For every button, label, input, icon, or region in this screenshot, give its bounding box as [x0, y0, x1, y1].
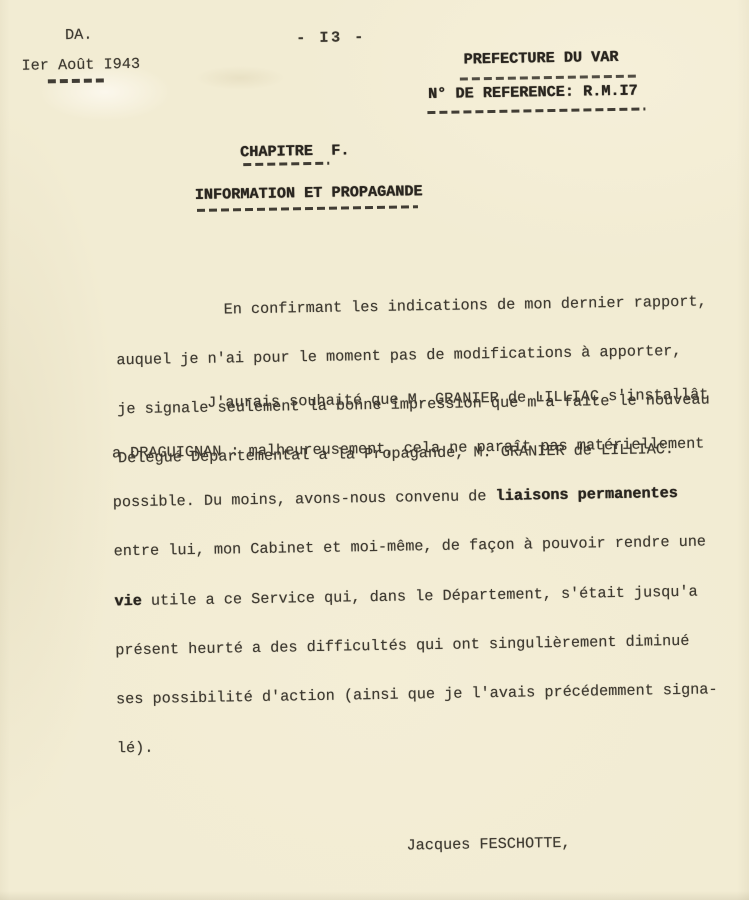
paragraph-line: ses possibilité d'action (ainsi que je l… [116, 681, 749, 708]
typist-initials: DA. [65, 27, 93, 44]
reference-underline-dashes [427, 107, 645, 114]
section-title: INFORMATION ET PROPAGANDE [195, 183, 423, 203]
emphasized-text: liaisons permanentes [495, 484, 678, 505]
document-page: DA. Ier Août I943 - I3 - PREFECTURE DU V… [0, 0, 749, 900]
document-date: Ier Août I943 [21, 56, 140, 74]
date-underline-dashes [48, 78, 106, 83]
chapter-underline-dashes [243, 162, 329, 166]
organization-name: PREFECTURE DU VAR [463, 49, 618, 68]
paragraph-line: vie utile a ce Service qui, dans le Dépa… [114, 582, 749, 609]
typed-content-layer: DA. Ier Août I943 - I3 - PREFECTURE DU V… [0, 0, 749, 900]
paragraph-2: J'aurais souhaité que M. GRANIER de LILL… [111, 353, 749, 790]
paragraph-line: J'aurais souhaité que M. GRANIER de LILL… [111, 385, 749, 412]
paragraph-line: a DRAGUIGNAN : malheureusement, cela ne … [112, 435, 749, 462]
section-underline-dashes [197, 205, 418, 212]
chapter-heading: CHAPITRE F. [240, 142, 350, 160]
organization-underline-dashes [460, 75, 638, 81]
emphasized-text: vie [114, 592, 142, 610]
paragraph-text: utile a ce Service qui, dans le Départem… [142, 582, 698, 609]
paragraph-line: En confirmant les indications de mon der… [116, 292, 749, 319]
reference-number: N° DE REFERENCE: R.M.I7 [428, 83, 638, 103]
paragraph-line: possible. Du moins, avons-nous convenu d… [113, 484, 749, 511]
paragraph-line: lé). [117, 730, 749, 757]
paragraph-text: possible. Du moins, avons-nous convenu d… [113, 487, 496, 511]
paragraph-line: entre lui, mon Cabinet et moi-même, de f… [114, 533, 749, 560]
signature-name: Jacques FESCHOTTE, [406, 835, 570, 854]
page-number: - I3 - [296, 29, 366, 47]
paragraph-line: présent heurté a des difficultés qui ont… [115, 632, 749, 659]
